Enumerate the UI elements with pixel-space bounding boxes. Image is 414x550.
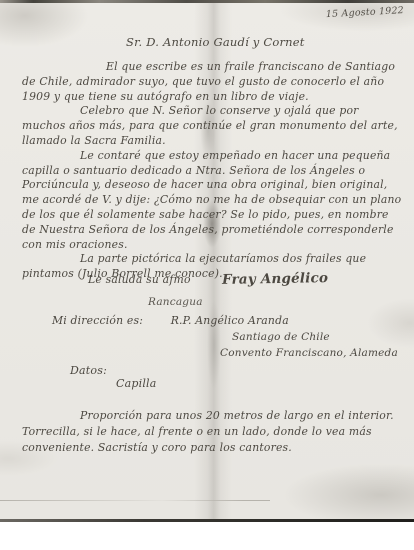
scan-bottom-edge-line xyxy=(0,519,414,522)
letter-signature: Fray Angélico xyxy=(222,270,328,288)
letter-paragraph-2: Celebro que N. Señor lo conserve y ojalá… xyxy=(22,104,403,148)
letter-closing-row: Le saluda su afmo Fray Angélico xyxy=(88,271,328,287)
letter-paragraph-3: Le contaré que estoy empeñado en hacer u… xyxy=(22,149,403,253)
section-label: Datos: xyxy=(70,364,107,377)
letter-recipient: Sr. D. Antonio Gaudí y Cornet xyxy=(126,35,305,49)
scanned-letter-page: 15 Agosto 1922 Sr. D. Antonio Gaudí y Co… xyxy=(0,0,414,550)
letter-closing: Le saluda su afmo xyxy=(88,273,191,286)
address-city: Santiago de Chile xyxy=(232,331,330,343)
scan-top-edge-line xyxy=(0,0,414,3)
section-title: Capilla xyxy=(116,377,157,390)
letter-paragraph-1: El que escribe es un fraile franciscano … xyxy=(22,60,403,104)
address-row: Mi dirección es: R.P. Angélico Aranda xyxy=(52,314,289,327)
letter-paper: 15 Agosto 1922 Sr. D. Antonio Gaudí y Co… xyxy=(0,0,414,521)
letter-date: 15 Agosto 1922 xyxy=(292,5,404,22)
letter-body: El que escribe es un fraile franciscano … xyxy=(22,60,403,282)
address-label: Mi dirección es: xyxy=(52,314,143,327)
address-convent: Convento Franciscano, Alameda xyxy=(220,347,398,359)
letter-paragraph-5: Proporción para unos 20 metros de largo … xyxy=(22,408,404,456)
address-name: R.P. Angélico Aranda xyxy=(171,314,289,327)
paper-faint-rule xyxy=(0,500,270,501)
letter-place: Rancagua xyxy=(148,296,203,308)
